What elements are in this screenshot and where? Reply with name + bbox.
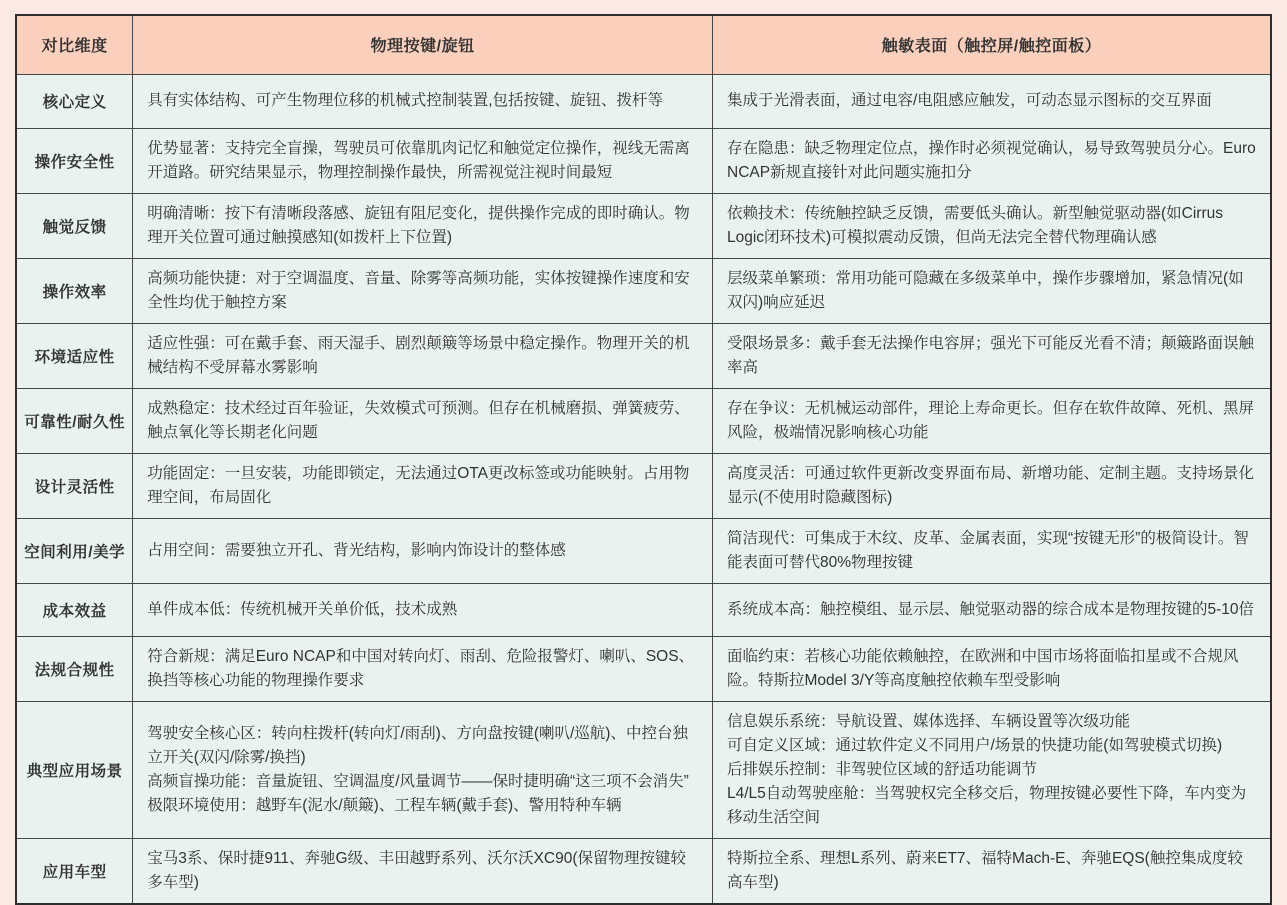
cell-physical: 成熟稳定：技术经过百年验证，失效模式可预测。但存在机械磨损、弹簧疲劳、触点氧化等…	[133, 388, 713, 453]
cell-touch: 层级菜单繁琐：常用功能可隐藏在多级菜单中，操作步骤增加，紧急情况(如双闪)响应延…	[713, 258, 1272, 323]
cell-touch: 信息娱乐系统：导航设置、媒体选择、车辆设置等次级功能 可自定义区域：通过软件定义…	[713, 701, 1272, 838]
row-dimension: 核心定义	[16, 74, 133, 128]
row-dimension: 法规合规性	[16, 636, 133, 701]
row-dimension: 应用车型	[16, 838, 133, 904]
comparison-table: 对比维度 物理按键/旋钮 触敏表面（触控屏/触控面板） 核心定义 具有实体结构、…	[15, 14, 1272, 905]
table-row: 法规合规性 符合新规：满足Euro NCAP和中国对转向灯、雨刮、危险报警灯、喇…	[16, 636, 1271, 701]
cell-touch: 依赖技术：传统触控缺乏反馈，需要低头确认。新型触觉驱动器(如Cirrus Log…	[713, 193, 1272, 258]
table-row: 成本效益 单件成本低：传统机械开关单价低，技术成熟 系统成本高：触控模组、显示层…	[16, 583, 1271, 636]
table-row: 操作安全性 优势显著：支持完全盲操，驾驶员可依靠肌肉记忆和触觉定位操作，视线无需…	[16, 128, 1271, 193]
table-row: 核心定义 具有实体结构、可产生物理位移的机械式控制装置,包括按键、旋钮、拨杆等 …	[16, 74, 1271, 128]
cell-physical: 宝马3系、保时捷911、奔驰G级、丰田越野系列、沃尔沃XC90(保留物理按键较多…	[133, 838, 713, 904]
col-header-physical: 物理按键/旋钮	[133, 15, 713, 74]
table-row: 应用车型 宝马3系、保时捷911、奔驰G级、丰田越野系列、沃尔沃XC90(保留物…	[16, 838, 1271, 904]
row-dimension: 典型应用场景	[16, 701, 133, 838]
table-row: 可靠性/耐久性 成熟稳定：技术经过百年验证，失效模式可预测。但存在机械磨损、弹簧…	[16, 388, 1271, 453]
cell-touch: 受限场景多：戴手套无法操作电容屏；强光下可能反光看不清；颠簸路面误触率高	[713, 323, 1272, 388]
cell-touch: 集成于光滑表面，通过电容/电阻感应触发，可动态显示图标的交互界面	[713, 74, 1272, 128]
table-row: 操作效率 高频功能快捷：对于空调温度、音量、除雾等高频功能，实体按键操作速度和安…	[16, 258, 1271, 323]
cell-physical: 具有实体结构、可产生物理位移的机械式控制装置,包括按键、旋钮、拨杆等	[133, 74, 713, 128]
table-row: 典型应用场景 驾驶安全核心区：转向柱拨杆(转向灯/雨刮)、方向盘按键(喇叭/巡航…	[16, 701, 1271, 838]
row-dimension: 设计灵活性	[16, 453, 133, 518]
table-row: 触觉反馈 明确清晰：按下有清晰段落感、旋钮有阻尼变化，提供操作完成的即时确认。物…	[16, 193, 1271, 258]
col-header-dimension: 对比维度	[16, 15, 133, 74]
row-dimension: 环境适应性	[16, 323, 133, 388]
cell-touch: 简洁现代：可集成于木纹、皮革、金属表面，实现“按键无形”的极简设计。智能表面可替…	[713, 518, 1272, 583]
cell-touch: 存在隐患：缺乏物理定位点，操作时必须视觉确认，易导致驾驶员分心。Euro NCA…	[713, 128, 1272, 193]
row-dimension: 可靠性/耐久性	[16, 388, 133, 453]
row-dimension: 操作效率	[16, 258, 133, 323]
table-row: 环境适应性 适应性强：可在戴手套、雨天湿手、剧烈颠簸等场景中稳定操作。物理开关的…	[16, 323, 1271, 388]
cell-physical: 占用空间：需要独立开孔、背光结构，影响内饰设计的整体感	[133, 518, 713, 583]
cell-touch: 系统成本高：触控模组、显示层、触觉驱动器的综合成本是物理按键的5-10倍	[713, 583, 1272, 636]
col-header-touch: 触敏表面（触控屏/触控面板）	[713, 15, 1272, 74]
table-row: 设计灵活性 功能固定：一旦安装，功能即锁定，无法通过OTA更改标签或功能映射。占…	[16, 453, 1271, 518]
cell-touch: 高度灵活：可通过软件更新改变界面布局、新增功能、定制主题。支持场景化显示(不使用…	[713, 453, 1272, 518]
row-dimension: 操作安全性	[16, 128, 133, 193]
cell-physical: 明确清晰：按下有清晰段落感、旋钮有阻尼变化，提供操作完成的即时确认。物理开关位置…	[133, 193, 713, 258]
cell-physical: 单件成本低：传统机械开关单价低，技术成熟	[133, 583, 713, 636]
table-row: 空间利用/美学 占用空间：需要独立开孔、背光结构，影响内饰设计的整体感 简洁现代…	[16, 518, 1271, 583]
cell-physical: 高频功能快捷：对于空调温度、音量、除雾等高频功能，实体按键操作速度和安全性均优于…	[133, 258, 713, 323]
cell-touch: 面临约束：若核心功能依赖触控，在欧洲和中国市场将面临扣星或不合规风险。特斯拉Mo…	[713, 636, 1272, 701]
row-dimension: 成本效益	[16, 583, 133, 636]
cell-physical: 优势显著：支持完全盲操，驾驶员可依靠肌肉记忆和触觉定位操作，视线无需离开道路。研…	[133, 128, 713, 193]
row-dimension: 空间利用/美学	[16, 518, 133, 583]
header-row: 对比维度 物理按键/旋钮 触敏表面（触控屏/触控面板）	[16, 15, 1271, 74]
row-dimension: 触觉反馈	[16, 193, 133, 258]
cell-physical: 符合新规：满足Euro NCAP和中国对转向灯、雨刮、危险报警灯、喇叭、SOS、…	[133, 636, 713, 701]
cell-touch: 特斯拉全系、理想L系列、蔚来ET7、福特Mach-E、奔驰EQS(触控集成度较高…	[713, 838, 1272, 904]
cell-physical: 驾驶安全核心区：转向柱拨杆(转向灯/雨刮)、方向盘按键(喇叭/巡航)、中控台独立…	[133, 701, 713, 838]
cell-physical: 功能固定：一旦安装，功能即锁定，无法通过OTA更改标签或功能映射。占用物理空间，…	[133, 453, 713, 518]
cell-touch: 存在争议：无机械运动部件，理论上寿命更长。但存在软件故障、死机、黑屏风险，极端情…	[713, 388, 1272, 453]
cell-physical: 适应性强：可在戴手套、雨天湿手、剧烈颠簸等场景中稳定操作。物理开关的机械结构不受…	[133, 323, 713, 388]
